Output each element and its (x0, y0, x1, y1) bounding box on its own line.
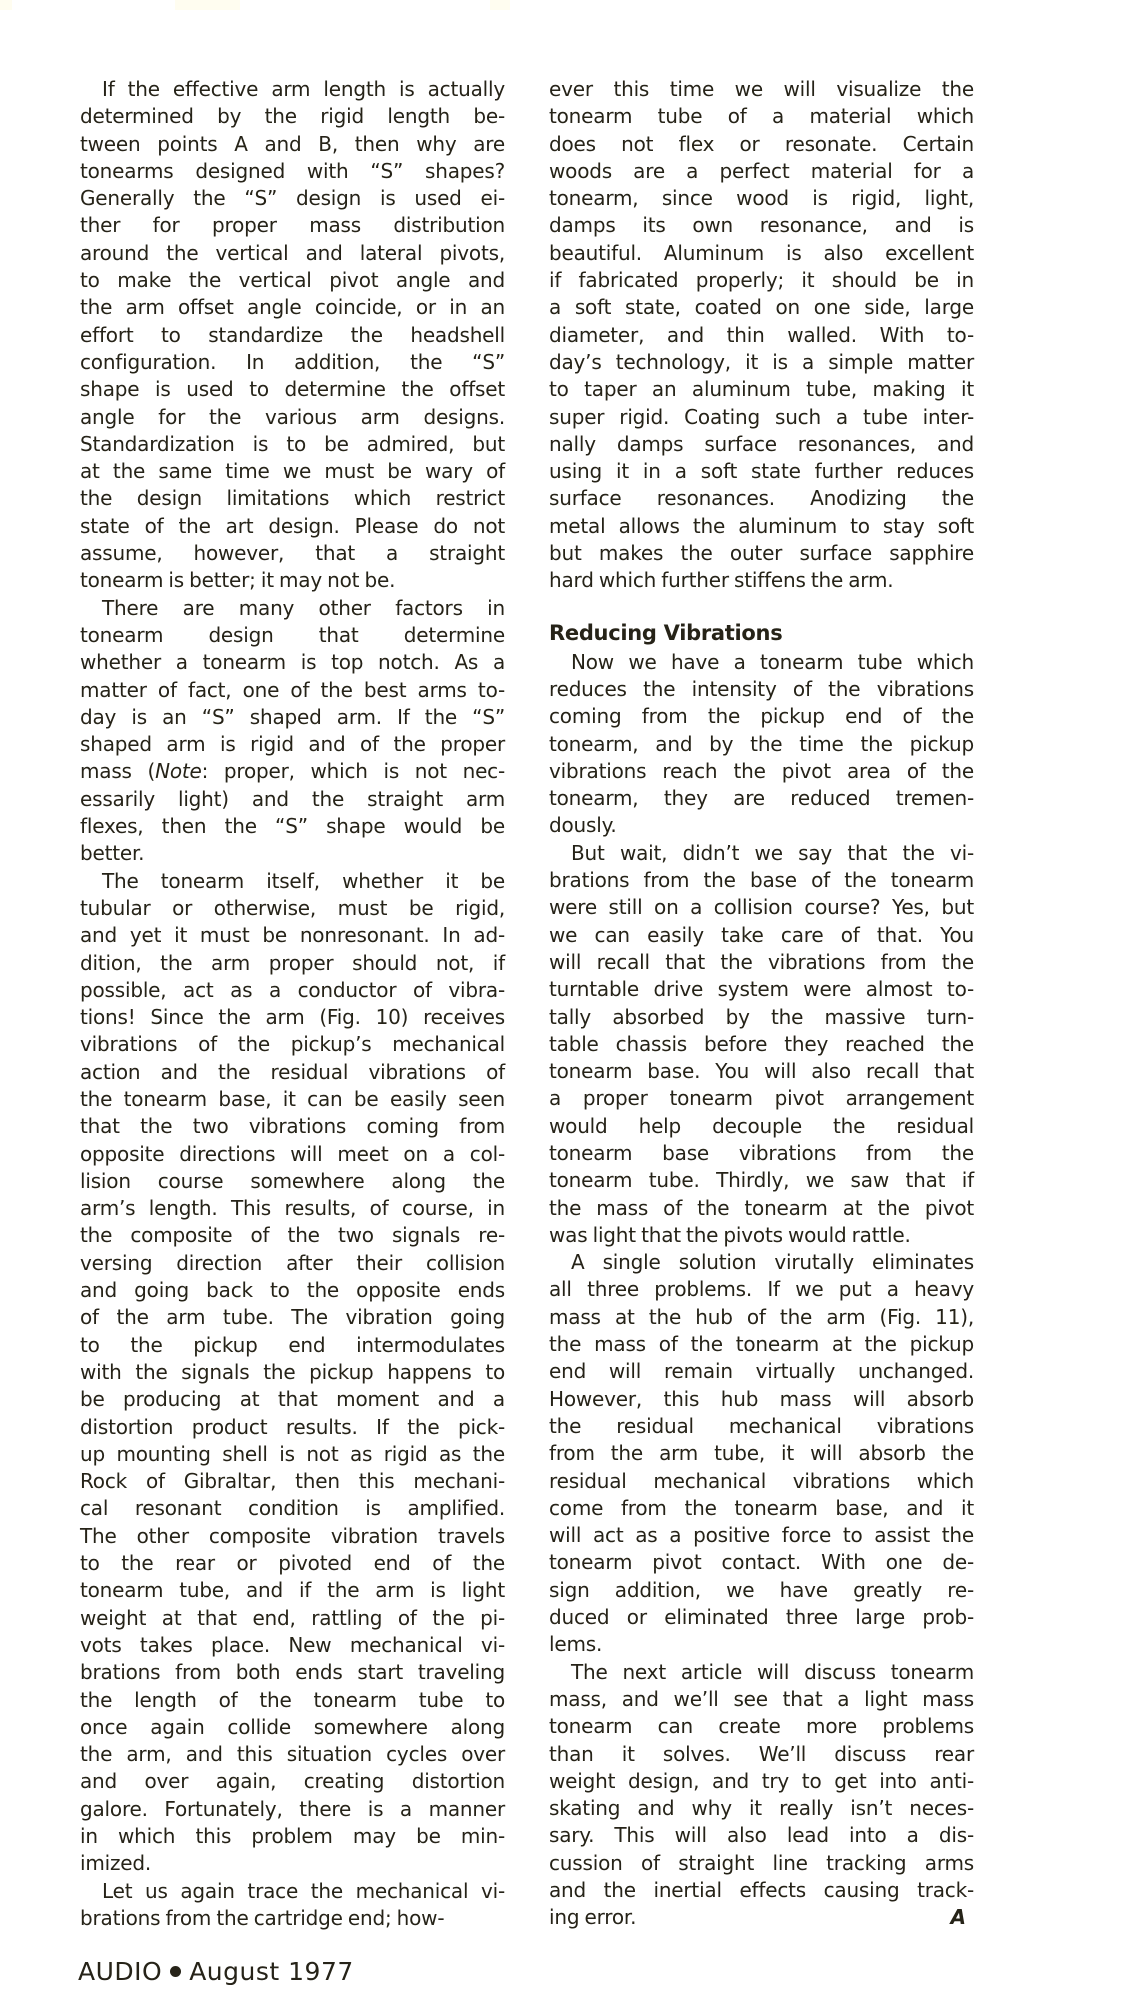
text-line: ther for proper mass distribution (80, 212, 505, 239)
text-line: mass, and we’ll see that a light mass (549, 1686, 974, 1713)
text-line: essarily light) and the straight arm (80, 786, 505, 813)
text-line: matter of fact, one of the best arms to- (80, 677, 505, 704)
text-line: day’s technology, it is a simple matter (549, 349, 974, 376)
text-line: end will remain virtually unchanged. (549, 1358, 974, 1385)
text-line: dition, the arm proper should not, if (80, 950, 505, 977)
text-line: possible, act as a conductor of vibra- (80, 977, 505, 1004)
text-line: angle for the various arm designs. (80, 404, 505, 431)
text-line: duced or eliminated three large prob- (549, 1604, 974, 1631)
text-line: vibrations reach the pivot area of the (549, 758, 974, 785)
text-line: was light that the pivots would rattle. (549, 1222, 974, 1249)
text-line: the design limitations which restrict (80, 485, 505, 512)
audio-end-mark-icon: A (951, 1904, 966, 1931)
text-line: reduces the intensity of the vibrations (549, 676, 974, 703)
text-line: than it solves. We’ll discuss rear (549, 1741, 974, 1768)
text-line: were still on a collision course? Yes, b… (549, 894, 974, 921)
text-line: with the signals the pickup happens to (80, 1359, 505, 1386)
text-line: galore. Fortunately, there is a manner (80, 1796, 505, 1823)
text-line: tonearm tube of a material which (549, 103, 974, 130)
text-line: But wait, didn’t we say that the vi- (549, 840, 974, 867)
text-line: Standardization is to be admired, but (80, 431, 505, 458)
text-line: ing error. (549, 1904, 974, 1931)
text-line: vots takes place. New mechanical vi- (80, 1632, 505, 1659)
text-line: and the inertial effects causing track- (549, 1877, 974, 1904)
text-line: tonearm can create more problems (549, 1713, 974, 1740)
text-line: will recall that the vibrations from the (549, 949, 974, 976)
text-line: mass at the hub of the arm (Fig. 11), (549, 1304, 974, 1331)
text-line: to the pickup end intermodulates (80, 1332, 505, 1359)
scan-artifact (490, 0, 510, 10)
text-line: using it in a soft state further reduces (549, 458, 974, 485)
text-line: coming from the pickup end of the (549, 703, 974, 730)
text-line: tonearm base vibrations from the (549, 1140, 974, 1167)
text-line: cussion of straight line tracking arms (549, 1850, 974, 1877)
text-line: shape is used to determine the offset (80, 376, 505, 403)
text-line: be producing at that moment and a (80, 1386, 505, 1413)
bullet-separator-icon (170, 1966, 181, 1977)
page-footer: AUDIOAugust 1977 (78, 1957, 354, 1986)
text-line: opposite directions will meet on a col- (80, 1141, 505, 1168)
text-line: the arm offset angle coincide, or in an (80, 294, 505, 321)
text-line: flexes, then the “S” shape would be (80, 813, 505, 840)
text-line: residual mechanical vibrations which (549, 1468, 974, 1495)
publication-name: AUDIO (78, 1957, 162, 1986)
text-line: Rock of Gibraltar, then this mechani- (80, 1468, 505, 1495)
text-line: tonearm base. You will also recall that (549, 1058, 974, 1085)
issue-date: August 1977 (189, 1957, 354, 1986)
text-line: damps its own resonance, and is (549, 212, 974, 239)
text-line: day is an “S” shaped arm. If the “S” (80, 704, 505, 731)
text-line: the composite of the two signals re- (80, 1222, 505, 1249)
text-line: tonearm tube, and if the arm is light (80, 1577, 505, 1604)
text-line: assume, however, that a straight (80, 540, 505, 567)
text-line: vibrations of the pickup’s mechanical (80, 1031, 505, 1058)
text-line: A single solution virutally eliminates (549, 1249, 974, 1276)
text-line: would help decouple the residual (549, 1113, 974, 1140)
text-line: surface resonances. Anodizing the (549, 485, 974, 512)
text-line: tions! Since the arm (Fig. 10) receives (80, 1004, 505, 1031)
text-line: a proper tonearm pivot arrangement (549, 1085, 974, 1112)
text-line: skating and why it really isn’t neces- (549, 1795, 974, 1822)
text-line: to taper an aluminum tube, making it (549, 376, 974, 403)
section-heading: Reducing Vibrations (549, 615, 974, 651)
text-line: tonearm, and by the time the pickup (549, 731, 974, 758)
scan-artifact (0, 0, 12, 10)
text-line: woods are a perfect material for a (549, 158, 974, 185)
text-line: the mass of the tonearm at the pickup (549, 1331, 974, 1358)
text-line: There are many other factors in (80, 595, 505, 622)
text-line: Now we have a tonearm tube which (549, 649, 974, 676)
text-line: lems. (549, 1631, 974, 1658)
text-line: Let us again trace the mechanical vi- (80, 1878, 505, 1905)
text-line: at the same time we must be wary of (80, 458, 505, 485)
text-line: the residual mechanical vibrations (549, 1413, 974, 1440)
text-line: configuration. In addition, the “S” (80, 349, 505, 376)
text-line: weight design, and try to get into anti- (549, 1768, 974, 1795)
text-line: tonearm tube. Thirdly, we saw that if (549, 1167, 974, 1194)
text-line: Generally the “S” design is used ei- (80, 185, 505, 212)
text-line: and over again, creating distortion (80, 1768, 505, 1795)
text-line: to make the vertical pivot angle and (80, 267, 505, 294)
text-line: brations from the base of the tonearm (549, 867, 974, 894)
text-line: metal allows the aluminum to stay soft (549, 513, 974, 540)
text-line: weight at that end, rattling of the pi- (80, 1605, 505, 1632)
text-line: the length of the tonearm tube to (80, 1687, 505, 1714)
text-line: tubular or otherwise, must be rigid, (80, 895, 505, 922)
text-line: from the arm tube, it will absorb the (549, 1440, 974, 1467)
text-line: cal resonant condition is amplified. (80, 1495, 505, 1522)
text-line: if fabricated properly; it should be in (549, 267, 974, 294)
text-line: beautiful. Aluminum is also excellent (549, 240, 974, 267)
text-line: and yet it must be nonresonant. In ad- (80, 922, 505, 949)
text-line: The tonearm itself, whether it be (80, 868, 505, 895)
text-line: arm’s length. This results, of course, i… (80, 1195, 505, 1222)
text-line: tonearm, they are reduced tremen- (549, 785, 974, 812)
text-line: shaped arm is rigid and of the proper (80, 731, 505, 758)
text-line: tonearm design that determine (80, 622, 505, 649)
text-line: If the effective arm length is actually (80, 76, 505, 103)
text-line: state of the art design. Please do not (80, 513, 505, 540)
text-line: ever this time we will visualize the (549, 76, 974, 103)
text-line: mass (Note: proper, which is not nec- (80, 758, 505, 785)
text-line: nally damps surface resonances, and (549, 431, 974, 458)
left-column: If the effective arm length is actuallyd… (80, 76, 505, 1932)
text-line: action and the residual vibrations of (80, 1059, 505, 1086)
text-line: come from the tonearm base, and it (549, 1495, 974, 1522)
text-line: However, this hub mass will absorb (549, 1386, 974, 1413)
text-line: in which this problem may be min- (80, 1823, 505, 1850)
text-line: The other composite vibration travels (80, 1523, 505, 1550)
text-line: the arm, and this situation cycles over (80, 1741, 505, 1768)
text-line: but makes the outer surface sapphire (549, 540, 974, 567)
text-line: effort to standardize the headshell (80, 322, 505, 349)
text-line: once again collide somewhere along (80, 1714, 505, 1741)
text-line: tally absorbed by the massive turn- (549, 1004, 974, 1031)
text-line: hard which further stiffens the arm. (549, 567, 974, 594)
text-line: determined by the rigid length be- (80, 103, 505, 130)
text-line: tonearm, since wood is rigid, light, (549, 185, 974, 212)
text-line: whether a tonearm is top notch. As a (80, 649, 505, 676)
scan-artifact (175, 0, 240, 10)
text-line: does not flex or resonate. Certain (549, 131, 974, 158)
text-line: tonearms designed with “S” shapes? (80, 158, 505, 185)
text-line: tonearm is better; it may not be. (80, 567, 505, 594)
text-line: versing direction after their collision (80, 1250, 505, 1277)
text-line: distortion product results. If the pick- (80, 1414, 505, 1441)
text-line: all three problems. If we put a heavy (549, 1276, 974, 1303)
text-line: diameter, and thin walled. With to- (549, 322, 974, 349)
text-line: tonearm pivot contact. With one de- (549, 1549, 974, 1576)
text-line: of the arm tube. The vibration going (80, 1304, 505, 1331)
text-line: The next article will discuss tonearm (549, 1659, 974, 1686)
text-line: the tonearm base, it can be easily seen (80, 1086, 505, 1113)
text-line: the mass of the tonearm at the pivot (549, 1195, 974, 1222)
text-line: super rigid. Coating such a tube inter- (549, 404, 974, 431)
text-line: we can easily take care of that. You (549, 922, 974, 949)
text-line: table chassis before they reached the (549, 1031, 974, 1058)
text-line: better. (80, 840, 505, 867)
text-line: imized. (80, 1850, 505, 1877)
text-line: that the two vibrations coming from (80, 1113, 505, 1140)
text-line: brations from both ends start traveling (80, 1659, 505, 1686)
text-line: dously. (549, 812, 974, 839)
text-line: turntable drive system were almost to- (549, 976, 974, 1003)
text-line: sign addition, we have greatly re- (549, 1577, 974, 1604)
text-line: around the vertical and lateral pivots, (80, 240, 505, 267)
text-line: brations from the cartridge end; how- (80, 1905, 505, 1932)
text-line: tween points A and B, then why are (80, 131, 505, 158)
text-line: will act as a positive force to assist t… (549, 1522, 974, 1549)
text-line: sary. This will also lead into a dis- (549, 1822, 974, 1849)
right-column: ever this time we will visualize thetone… (549, 76, 974, 1932)
text-line: up mounting shell is not as rigid as the (80, 1441, 505, 1468)
text-line: to the rear or pivoted end of the (80, 1550, 505, 1577)
text-line: and going back to the opposite ends (80, 1277, 505, 1304)
text-line: lision course somewhere along the (80, 1168, 505, 1195)
text-line: a soft state, coated on one side, large (549, 294, 974, 321)
